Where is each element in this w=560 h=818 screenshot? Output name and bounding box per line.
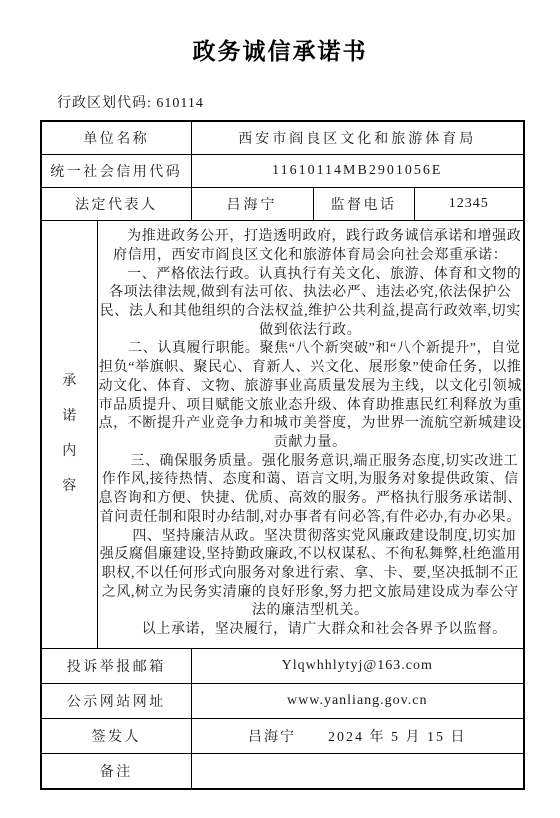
table-row-credit-code: 统一社会信用代码 11610114MB2901056E (41, 154, 524, 187)
table-row-website: 公示网站网址 www.yanliang.gov.cn (41, 683, 524, 718)
table-row-commitment: 承 诺 内 容 为推进政务公开，打造透明政府，践行政务诚信承诺和增强政府信用，西… (41, 220, 524, 648)
commitment-label-char: 承 (62, 375, 76, 389)
issuer-label: 签发人 (41, 718, 191, 753)
document-title: 政务诚信承诺书 (0, 0, 560, 66)
commitment-label-char: 容 (62, 480, 76, 494)
commitment-paragraph: 一、严格依法行政。认真执行有关文化、旅游、体育和文物的各项法律法规,做到有法可依… (98, 266, 524, 341)
commitment-label-char: 诺 (62, 410, 76, 424)
remarks-value (191, 753, 524, 789)
unit-name-value: 西安市阎良区文化和旅游体育局 (191, 121, 524, 154)
website-value: www.yanliang.gov.cn (191, 683, 524, 718)
commitment-paragraph: 四、坚持廉洁从政。坚决贯彻落实党风廉政建设制度,切实加强反腐倡廉建设,坚持勤政廉… (98, 528, 524, 622)
legal-rep-label: 法定代表人 (41, 187, 191, 220)
table-row-legal-rep: 法定代表人 吕海宁 监督电话 12345 (41, 187, 524, 220)
credit-code-label: 统一社会信用代码 (41, 154, 191, 187)
admin-division-code: 行政区划代码: 610114 (57, 92, 560, 112)
commitment-paragraph: 三、确保服务质量。强化服务意识,端正服务态度,切实改进工作作风,接待热情、态度和… (98, 453, 524, 528)
issuer-value: 吕海宁 2024 年 5 月 15 日 (191, 718, 524, 753)
legal-rep-value: 吕海宁 (191, 187, 313, 220)
commitment-label-char: 内 (62, 445, 76, 459)
table-row-unit-name: 单位名称 西安市阎良区文化和旅游体育局 (41, 121, 524, 154)
website-label: 公示网站网址 (41, 683, 191, 718)
commitment-label: 承 诺 内 容 (41, 220, 97, 648)
supervise-phone-value: 12345 (414, 187, 524, 220)
commitment-table: 单位名称 西安市阎良区文化和旅游体育局 统一社会信用代码 11610114MB2… (40, 120, 525, 790)
table-row-issuer: 签发人 吕海宁 2024 年 5 月 15 日 (41, 718, 524, 753)
complaint-email-value: Ylqwhhlytyj@163.com (191, 648, 524, 683)
commitment-paragraph: 以上承诺，坚决履行，请广大群众和社会各界予以监督。 (98, 621, 524, 640)
commitment-paragraph: 二、认真履行职能。聚焦“八个新突破”和“八个新提升”，自觉担负“举旗帜、聚民心、… (98, 340, 524, 452)
commitment-label-vertical-text: 承 诺 内 容 (42, 375, 97, 494)
unit-name-label: 单位名称 (41, 121, 191, 154)
remarks-label: 备注 (41, 753, 191, 789)
document-page: 政务诚信承诺书 行政区划代码: 610114 单位名称 西安市阎良区文化和旅游体… (0, 0, 560, 818)
complaint-email-label: 投诉举报邮箱 (41, 648, 191, 683)
commitment-paragraph: 为推进政务公开，打造透明政府，践行政务诚信承诺和增强政府信用，西安市阎良区文化和… (98, 228, 524, 265)
table-row-complaint-email: 投诉举报邮箱 Ylqwhhlytyj@163.com (41, 648, 524, 683)
supervise-phone-label: 监督电话 (313, 187, 414, 220)
credit-code-value: 11610114MB2901056E (191, 154, 524, 187)
commitment-content: 为推进政务公开，打造透明政府，践行政务诚信承诺和增强政府信用，西安市阎良区文化和… (97, 220, 524, 648)
table-row-remarks: 备注 (41, 753, 524, 789)
